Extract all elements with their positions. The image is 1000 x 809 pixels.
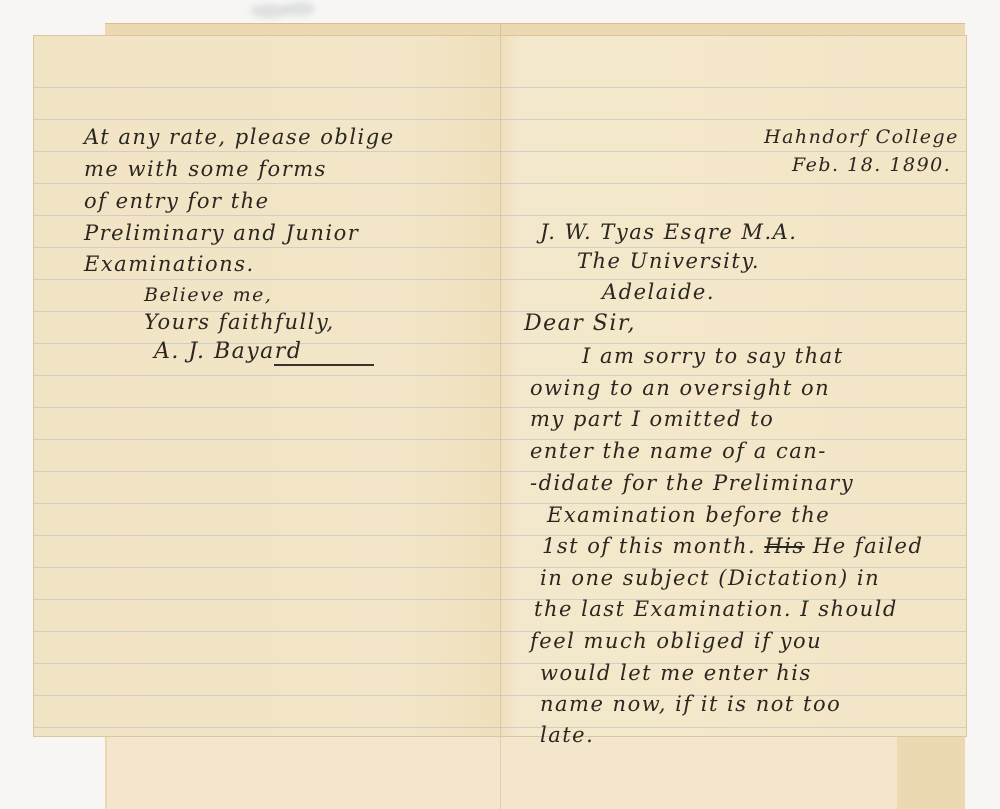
greeting: Dear Sir,	[524, 308, 636, 340]
body-line: my part I omitted to	[530, 403, 774, 435]
body-line: enter the name of a can-	[530, 435, 827, 467]
body-line: I am sorry to say that	[582, 340, 844, 372]
struck-word: His	[764, 534, 804, 558]
letter-date: Feb. 18. 1890.	[792, 149, 951, 181]
letter-sheet: At any rate, please oblige me with some …	[34, 36, 966, 736]
body-line: late.	[540, 719, 594, 751]
letter-line: Preliminary and Junior	[84, 217, 359, 249]
body-line: name now, if it is not too	[540, 688, 841, 720]
letter-line: Examinations.	[84, 248, 255, 280]
letter-line: of entry for the	[84, 185, 270, 217]
body-line: the last Examination. I should	[534, 593, 898, 625]
letter-line: me with some forms	[84, 153, 327, 185]
body-line: would let me enter his	[540, 657, 812, 689]
signature-underline	[274, 364, 374, 366]
body-line: in one subject (Dictation) in	[540, 562, 880, 594]
addressee-city: Adelaide.	[602, 276, 715, 308]
scan-smudge	[285, 2, 315, 16]
body-line: Examination before the	[547, 499, 830, 531]
addressee-name: J. W. Tyas Esqre M.A.	[540, 216, 797, 248]
right-page: Hahndorf College Feb. 18. 1890. J. W. Ty…	[502, 36, 966, 736]
left-page: At any rate, please oblige me with some …	[34, 36, 500, 736]
body-line: 1st of this month. His He failed	[542, 530, 923, 562]
body-line: feel much obliged if you	[530, 625, 822, 657]
body-line: owing to an oversight on	[530, 372, 830, 404]
addressee-institution: The University.	[577, 245, 760, 277]
body-line: -didate for the Preliminary	[530, 467, 854, 499]
closing-valediction: Yours faithfully,	[144, 306, 335, 338]
scan-smudge	[250, 4, 290, 18]
letter-line: At any rate, please oblige	[84, 121, 395, 153]
